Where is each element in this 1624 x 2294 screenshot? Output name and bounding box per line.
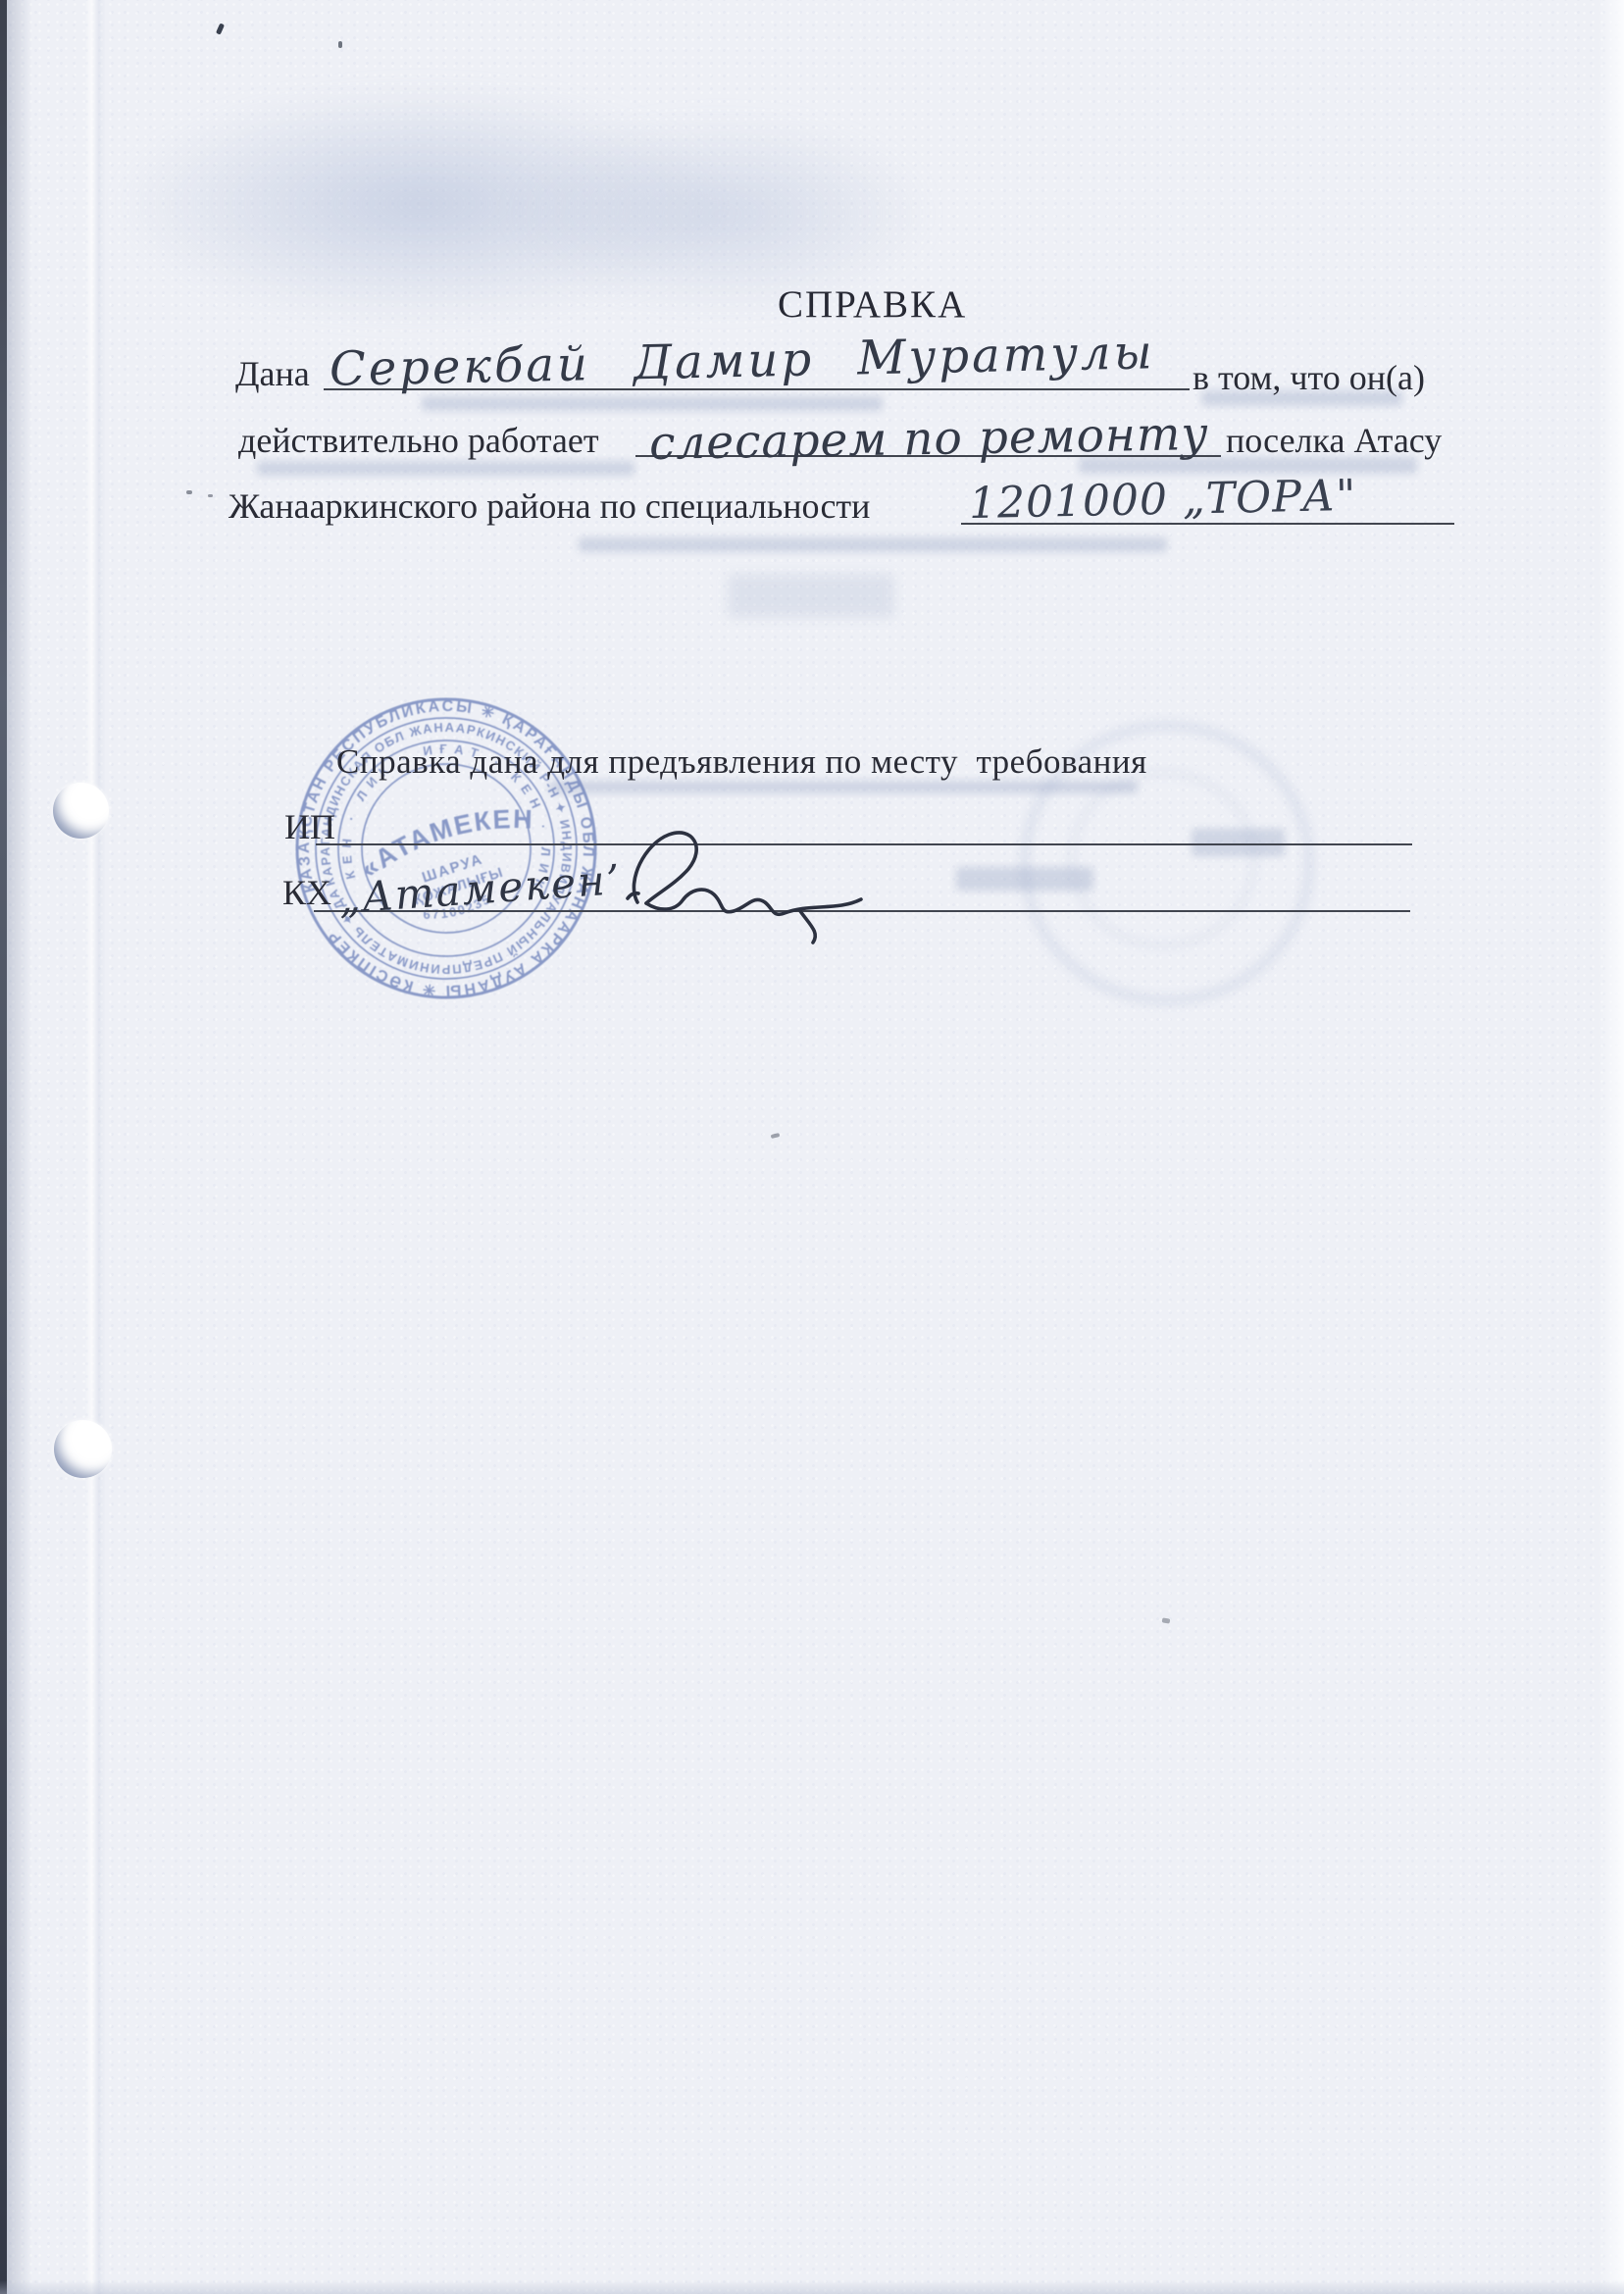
scan-speck bbox=[208, 494, 213, 497]
handwritten-name: Серекбай Дамир Муратулы bbox=[330, 325, 1156, 397]
scan-speck bbox=[1162, 1617, 1171, 1623]
scan-speck bbox=[186, 490, 192, 494]
specialty-line-prefix: Жанааркинского района по специальности bbox=[228, 487, 870, 527]
bleed-smudge bbox=[118, 86, 726, 322]
scanned-page: ҚАЗАҚСТАН РЕСПУБЛИКАСЫ ✳ ҚАРАҒАНДЫ ОБЛ Ж… bbox=[0, 0, 1624, 2294]
bleedthrough-ghost bbox=[728, 574, 894, 618]
scan-speck bbox=[338, 41, 342, 48]
given-line-prefix: Дана bbox=[235, 355, 310, 394]
bleedthrough-ghost bbox=[579, 537, 1167, 552]
bleed-smudge bbox=[510, 116, 932, 312]
handwritten-specialty: 1201000 „ТОРА" bbox=[969, 471, 1357, 529]
punch-hole-bottom bbox=[54, 1420, 112, 1478]
signature-scribble bbox=[616, 816, 930, 948]
bleedthrough-ghost bbox=[422, 396, 883, 411]
purpose-statement: Справка дана для предъявления по месту т… bbox=[336, 743, 1147, 782]
paper-crease bbox=[84, 0, 106, 2294]
scan-speck bbox=[216, 23, 225, 34]
kh-label: КХ bbox=[282, 874, 331, 913]
handwritten-position: слесарем по ремонту bbox=[649, 407, 1210, 471]
ip-label: ИП bbox=[284, 808, 335, 847]
punch-hole-top bbox=[53, 783, 109, 839]
scan-edge-shadow bbox=[0, 0, 7, 2294]
scan-speck bbox=[771, 1133, 781, 1139]
works-line-prefix: действительно работает bbox=[238, 422, 599, 461]
scan-edge-highlight bbox=[1599, 0, 1624, 2294]
bleedthrough-ghost bbox=[257, 461, 634, 476]
works-line-suffix: поселка Атасу bbox=[1226, 422, 1442, 461]
scan-edge-shadow bbox=[0, 2280, 1624, 2294]
bleedthrough-stamp-ghost bbox=[1069, 770, 1257, 948]
given-line-suffix: в том, что он(а) bbox=[1193, 359, 1425, 398]
scan-edge-shadow bbox=[7, 0, 32, 2294]
document-title: СПРАВКА bbox=[778, 284, 967, 327]
